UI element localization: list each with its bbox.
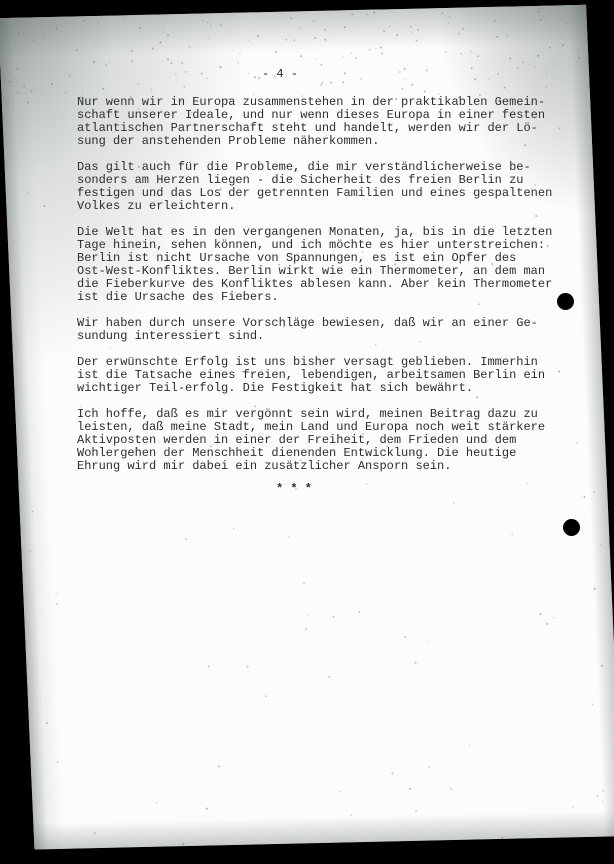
page-number: - 4 - bbox=[262, 68, 298, 81]
paragraph-3: Die Welt hat es in den vergangenen Monat… bbox=[77, 226, 557, 304]
punch-hole-lower bbox=[563, 519, 580, 536]
text-line: Volkes zu erleichtern. bbox=[77, 200, 557, 213]
text-line: Ehrung wird mir dabei ein zusätzlicher A… bbox=[77, 460, 557, 473]
text-line: sundung interessiert sind. bbox=[77, 330, 557, 343]
punch-hole-upper bbox=[557, 293, 574, 310]
paragraph-5: Der erwünschte Erfolg ist uns bisher ver… bbox=[77, 356, 557, 395]
paragraph-2: Das gilt auch für die Probleme, die mir … bbox=[77, 161, 557, 213]
text-line: ist die Ursache des Fiebers. bbox=[77, 291, 557, 304]
paragraph-6: Ich hoffe, daß es mir vergönnt sein wird… bbox=[77, 408, 557, 473]
page-content: - 4 - Nur wenn wir in Europa zusammenste… bbox=[0, 0, 614, 864]
body-text: Nur wenn wir in Europa zusammenstehen in… bbox=[77, 96, 557, 486]
text-line: sung der anstehenden Probleme näherkomme… bbox=[77, 135, 557, 148]
paragraph-1: Nur wenn wir in Europa zusammenstehen in… bbox=[77, 96, 557, 148]
closing-asterisks: * * * bbox=[276, 483, 312, 496]
paragraph-4: Wir haben durch unsere Vorschläge bewies… bbox=[77, 317, 557, 343]
text-line: wichtiger Teil-erfolg. Die Festigkeit ha… bbox=[77, 382, 557, 395]
